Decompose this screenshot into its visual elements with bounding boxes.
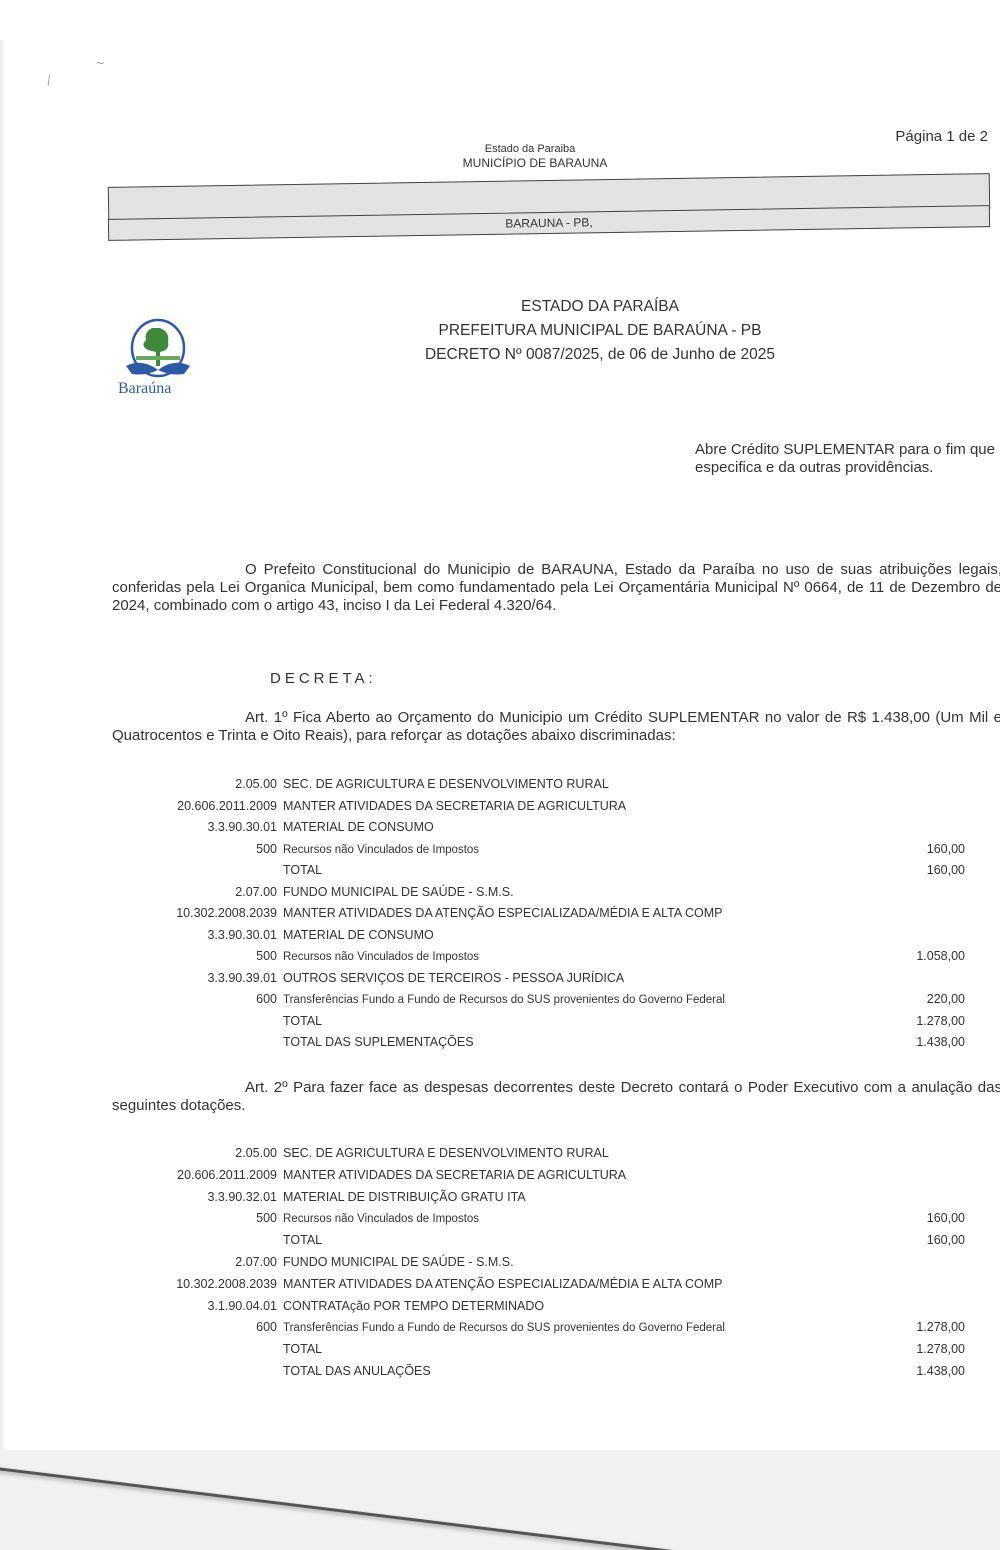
header-state: Estado da Paraiba <box>0 143 1000 155</box>
table-row: 3.3.90.30.01MATERIAL DE CONSUMO <box>0 928 1000 946</box>
budget-code: 2.05.00 <box>235 1146 277 1160</box>
budget-description: MATERIAL DE CONSUMO <box>283 820 434 834</box>
budget-code: 3.3.90.30.01 <box>207 928 277 942</box>
table-row: 3.3.90.30.01MATERIAL DE CONSUMO <box>0 820 1000 838</box>
preamble-paragraph: O Prefeito Constitucional do Municipio d… <box>112 561 1000 615</box>
table-row: 600Transferências Fundo a Fundo de Recur… <box>0 992 1000 1010</box>
budget-amount: 1.278,00 <box>916 1320 965 1334</box>
table-row: TOTAL1.278,00 <box>0 1342 1000 1360</box>
table-row: 2.07.00FUNDO MUNICIPAL DE SAÚDE - S.M.S. <box>0 1255 1000 1273</box>
budget-code: 20.606.2011.2009 <box>177 1168 277 1182</box>
table-row: 3.3.90.32.01MATERIAL DE DISTRIBUIÇÃO GRA… <box>0 1190 1000 1208</box>
budget-code: 2.07.00 <box>235 885 277 899</box>
header-municipality: MUNICÍPIO DE BARAUNA <box>0 156 1000 170</box>
budget-code: 3.1.90.04.01 <box>207 1299 277 1313</box>
budget-code: 20.606.2011.2009 <box>177 799 277 813</box>
preamble-text: O Prefeito Constitucional do Municipio d… <box>112 561 1000 614</box>
table-row: 10.302.2008.2039MANTER ATIVIDADES DA ATE… <box>0 1277 1000 1295</box>
logo-text: Baraúna <box>118 380 171 398</box>
budget-amount: 1.058,00 <box>916 949 965 963</box>
budget-description: Recursos não Vinculados de Impostos <box>283 1211 851 1225</box>
budget-description: CONTRATAção POR TEMPO DETERMINADO <box>283 1299 544 1313</box>
article-1: Art. 1º Fica Aberto ao Orçamento do Muni… <box>112 709 1000 745</box>
budget-amount: 160,00 <box>927 842 965 856</box>
budget-description: FUNDO MUNICIPAL DE SAÚDE - S.M.S. <box>283 1255 514 1269</box>
ementa: Abre Crédito SUPLEMENTAR para o fim que … <box>695 441 995 477</box>
budget-description: Recursos não Vinculados de Impostos <box>283 842 851 856</box>
budget-code: 2.05.00 <box>235 777 277 791</box>
budget-description: MANTER ATIVIDADES DA SECRETARIA DE AGRIC… <box>283 799 626 813</box>
budget-code: 3.3.90.32.01 <box>207 1190 277 1204</box>
budget-description: Recursos não Vinculados de Impostos <box>283 949 851 963</box>
title-prefeitura: PREFEITURA MUNICIPAL DE BARAÚNA - PB <box>0 322 1000 340</box>
budget-description: MATERIAL DE DISTRIBUIÇÃO GRATU ITA <box>283 1190 526 1204</box>
table-row: TOTAL160,00 <box>0 863 1000 881</box>
title-state: ESTADO DA PARAÍBA <box>0 298 1000 316</box>
table-row: 500Recursos não Vinculados de Impostos16… <box>0 842 1000 860</box>
background-surface <box>0 1450 1000 1550</box>
budget-code: 3.3.90.39.01 <box>207 971 277 985</box>
budget-description: MANTER ATIVIDADES DA SECRETARIA DE AGRIC… <box>283 1168 626 1182</box>
budget-code: 2.07.00 <box>235 1255 277 1269</box>
budget-amount: 1.438,00 <box>916 1035 965 1049</box>
budget-description: MANTER ATIVIDADES DA ATENÇÃO ESPECIALIZA… <box>283 1277 722 1291</box>
title-decree: DECRETO Nº 0087/2025, de 06 de Junho de … <box>0 346 1000 364</box>
table-row: 2.07.00FUNDO MUNICIPAL DE SAÚDE - S.M.S. <box>0 885 1000 903</box>
table-row: TOTAL DAS SUPLEMENTAÇÕES1.438,00 <box>0 1035 1000 1053</box>
article-2: Art. 2º Para fazer face as despesas deco… <box>112 1079 1000 1115</box>
table-row: 3.3.90.39.01OUTROS SERVIÇOS DE TERCEIROS… <box>0 971 1000 989</box>
article-2-text: Art. 2º Para fazer face as despesas deco… <box>112 1079 1000 1114</box>
budget-description: Transferências Fundo a Fundo de Recursos… <box>283 1320 851 1334</box>
budget-amount: 220,00 <box>927 992 965 1006</box>
budget-amount: 160,00 <box>927 1211 965 1225</box>
budget-amount: 160,00 <box>927 863 965 877</box>
budget-code: 600 <box>256 992 277 1006</box>
table-row: 20.606.2011.2009MANTER ATIVIDADES DA SEC… <box>0 1168 1000 1186</box>
budget-description: OUTROS SERVIÇOS DE TERCEIROS - PESSOA JU… <box>283 971 624 985</box>
table-row: 3.1.90.04.01CONTRATAção POR TEMPO DETERM… <box>0 1299 1000 1317</box>
table-row: 20.606.2011.2009MANTER ATIVIDADES DA SEC… <box>0 799 1000 817</box>
budget-description: FUNDO MUNICIPAL DE SAÚDE - S.M.S. <box>283 885 514 899</box>
table-row: 10.302.2008.2039MANTER ATIVIDADES DA ATE… <box>0 906 1000 924</box>
budget-description: TOTAL <box>283 1014 851 1028</box>
budget-description: MATERIAL DE CONSUMO <box>283 928 434 942</box>
table-row: TOTAL1.278,00 <box>0 1014 1000 1032</box>
article-1-text: Art. 1º Fica Aberto ao Orçamento do Muni… <box>112 709 1000 744</box>
table-row: 2.05.00SEC. DE AGRICULTURA E DESENVOLVIM… <box>0 777 1000 795</box>
budget-description: Transferências Fundo a Fundo de Recursos… <box>283 992 851 1006</box>
table-row: 2.05.00SEC. DE AGRICULTURA E DESENVOLVIM… <box>0 1146 1000 1164</box>
budget-description: TOTAL DAS SUPLEMENTAÇÕES <box>283 1035 851 1049</box>
budget-description: SEC. DE AGRICULTURA E DESENVOLVIMENTO RU… <box>283 1146 609 1160</box>
table-row: 500Recursos não Vinculados de Impostos1.… <box>0 949 1000 967</box>
budget-code: 500 <box>256 842 277 856</box>
budget-description: TOTAL DAS ANULAÇÕES <box>283 1364 851 1378</box>
table-row: 500Recursos não Vinculados de Impostos16… <box>0 1211 1000 1229</box>
budget-amount: 1.438,00 <box>916 1364 965 1378</box>
budget-code: 500 <box>256 949 277 963</box>
budget-amount: 1.278,00 <box>916 1342 965 1356</box>
budget-code: 500 <box>256 1211 277 1225</box>
budget-code: 600 <box>256 1320 277 1334</box>
table-row: TOTAL DAS ANULAÇÕES1.438,00 <box>0 1364 1000 1382</box>
budget-amount: 1.278,00 <box>916 1014 965 1028</box>
table-row: 600Transferências Fundo a Fundo de Recur… <box>0 1320 1000 1338</box>
decreta-heading: DECRETA: <box>270 670 377 687</box>
budget-amount: 160,00 <box>927 1233 965 1247</box>
pen-mark: ⁄ <box>45 72 54 87</box>
document-page: ~ ⁄ Página 1 de 2 Estado da Paraiba MUNI… <box>0 0 1000 1550</box>
budget-description: SEC. DE AGRICULTURA E DESENVOLVIMENTO RU… <box>283 777 609 791</box>
budget-description: TOTAL <box>283 863 851 877</box>
pen-mark: ~ <box>96 55 104 71</box>
budget-code: 10.302.2008.2039 <box>176 906 277 920</box>
budget-description: MANTER ATIVIDADES DA ATENÇÃO ESPECIALIZA… <box>283 906 722 920</box>
table-row: TOTAL160,00 <box>0 1233 1000 1251</box>
budget-description: TOTAL <box>283 1342 851 1356</box>
budget-code: 10.302.2008.2039 <box>176 1277 277 1291</box>
budget-description: TOTAL <box>283 1233 851 1247</box>
budget-code: 3.3.90.30.01 <box>207 820 277 834</box>
